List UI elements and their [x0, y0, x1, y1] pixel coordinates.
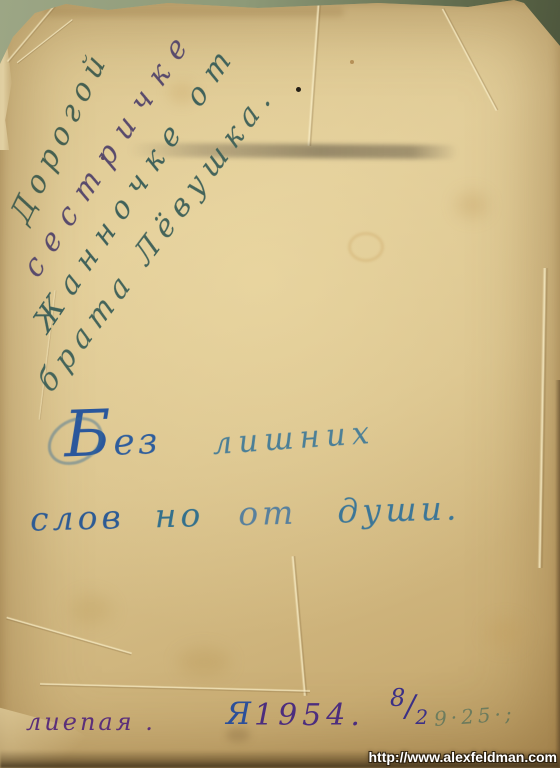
center-inscription-line-1: Б ез лишних [63, 393, 376, 468]
diagonal-dedication: Дорогой сестричке Жанночке от брата Лёву… [0, 0, 560, 768]
photo-verso-paper: Дорогой сестричке Жанночке от брата Лёву… [0, 0, 560, 768]
tear-highlight [520, 0, 560, 44]
inscription-word: от [238, 493, 298, 534]
dedication-line-4: брата Лёвушка. [30, 76, 283, 401]
center-inscription-line-2: слов но от души. [30, 488, 461, 538]
year: 1954. [254, 698, 365, 733]
dedication-line-1: Дорогой [3, 41, 118, 230]
inscription-word: но [154, 495, 205, 535]
watermark-url: http://www.alexfeldman.com [368, 749, 557, 765]
place-name: лиепая . [26, 708, 156, 736]
torn-edge-left [0, 0, 13, 150]
ink-dot [350, 60, 354, 64]
inscription-word: души. [337, 488, 461, 530]
faded-ink-marks: 9·25·; [433, 701, 516, 731]
inscription-initial-rest: ез [113, 421, 161, 464]
ring-stain [348, 232, 384, 262]
crease [441, 8, 499, 111]
top-edge-shadow [44, 7, 344, 17]
dedication-line-2: сестричке [16, 19, 203, 286]
place-date-line: лиепая . Я 1954. 8/2 9·25·; [24, 692, 556, 752]
paper-texture [0, 0, 560, 768]
ink-dot [296, 87, 301, 92]
fraction-denominator: 2 [415, 705, 428, 729]
stain [168, 82, 196, 104]
date-letter: Я [226, 696, 251, 732]
dedication-line-3: Жанночке от [26, 34, 245, 341]
inscription-word: слов [30, 497, 126, 538]
scanned-photo-verso: Дорогой сестричке Жанночке от брата Лёву… [0, 0, 560, 768]
fraction-slash: / [405, 689, 415, 724]
crease [6, 616, 132, 656]
stain [178, 648, 230, 676]
date-fraction: 8/2 [390, 684, 428, 729]
crease [291, 556, 308, 696]
pencil-smudge-band [128, 143, 458, 159]
crease [16, 19, 73, 64]
ink-dot [101, 156, 105, 160]
crease [537, 268, 548, 568]
crease [307, 0, 322, 146]
stain [486, 618, 524, 648]
inscription-word: лишних [211, 415, 376, 462]
crease [38, 290, 57, 419]
tear-highlight [6, 1, 59, 63]
stain [456, 192, 488, 218]
fraction-numerator: 8 [390, 684, 405, 712]
stain [70, 595, 112, 625]
